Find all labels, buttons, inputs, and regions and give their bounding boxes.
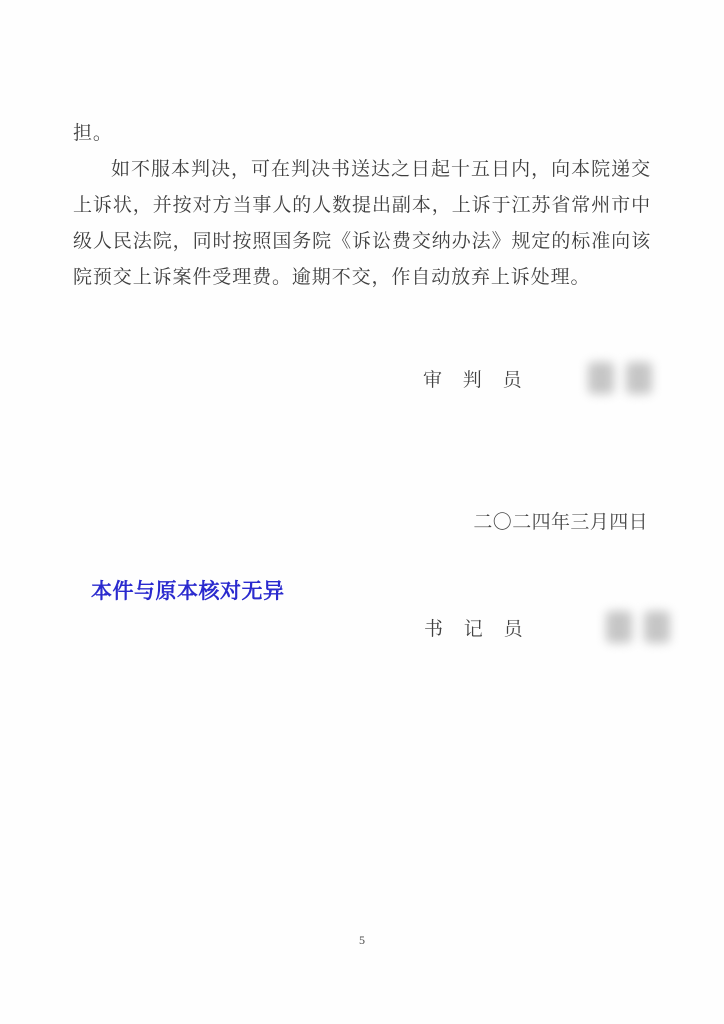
redacted-character-blob	[606, 611, 632, 643]
redacted-judge-name	[588, 362, 652, 394]
redacted-character-blob	[588, 362, 614, 394]
redacted-clerk-name	[606, 611, 670, 643]
page-number: 5	[0, 933, 724, 947]
redacted-character-blob	[644, 611, 670, 643]
verification-stamp: 本件与原本核对无异	[91, 580, 285, 602]
carryover-line: 担。	[73, 116, 651, 152]
document-page: 担。 如不服本判决，可在判决书送达之日起十五日内，向本院递交上诉状，并按对方当事…	[0, 0, 724, 1024]
judgment-date: 二〇二四年三月四日	[473, 513, 648, 532]
appeal-rights-paragraph: 如不服本判决，可在判决书送达之日起十五日内，向本院递交上诉状，并按对方当事人的人…	[73, 152, 651, 296]
judge-signature-label: 审 判 员	[423, 371, 523, 390]
redacted-character-blob	[626, 362, 652, 394]
body-text-block: 担。 如不服本判决，可在判决书送达之日起十五日内，向本院递交上诉状，并按对方当事…	[73, 116, 651, 296]
clerk-signature-label: 书 记 员	[424, 620, 524, 639]
